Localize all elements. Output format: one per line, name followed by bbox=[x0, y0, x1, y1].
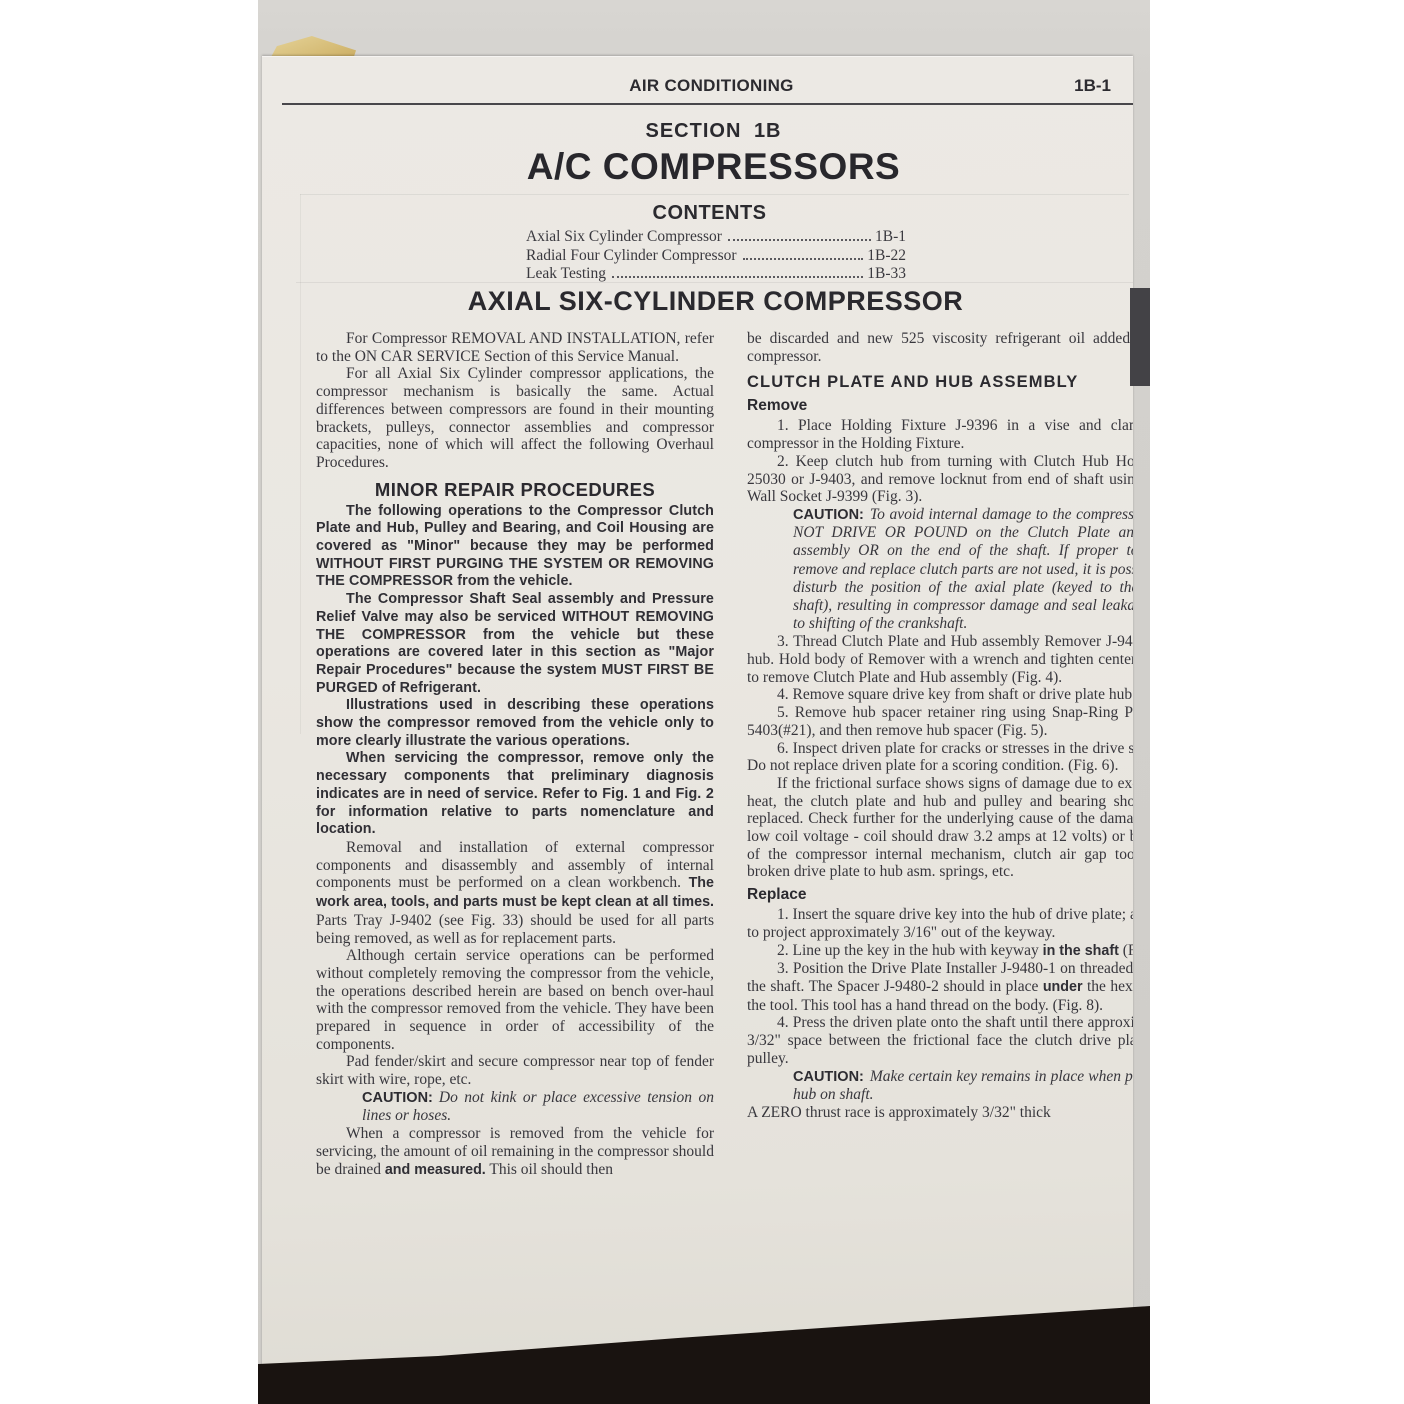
text-run: Illustrations used in describing these o… bbox=[316, 697, 714, 748]
header-rule bbox=[282, 103, 1133, 105]
toc-entry: Leak Testing1B-33 bbox=[526, 265, 906, 284]
running-header: AIR CONDITIONING bbox=[276, 76, 1133, 96]
text-run: 4. Remove square drive key from shaft or… bbox=[777, 686, 1133, 703]
toc-label: Radial Four Cylinder Compressor bbox=[526, 247, 737, 266]
paragraph: Although certain service operations can … bbox=[316, 947, 714, 1053]
text-run: When servicing the compressor, remove on… bbox=[316, 750, 714, 837]
document-photo: AIR CONDITIONING 1B-1 SECTION 1B A/C COM… bbox=[258, 0, 1150, 1404]
paragraph: If the frictional surface shows signs of… bbox=[747, 775, 1133, 881]
caution-note: CAUTION:Make certain key remains in plac… bbox=[793, 1068, 1133, 1104]
toc-page-number: 1B-1 bbox=[875, 228, 906, 247]
right-column: be discarded and new 525 viscosity refri… bbox=[747, 330, 1133, 1122]
caution-note: CAUTION:Do not kink or place excessive t… bbox=[362, 1089, 714, 1125]
text-run: 2. Line up the key in the hub with keywa… bbox=[777, 942, 1043, 959]
left-column: For Compressor REMOVAL AND INSTALLATION,… bbox=[316, 330, 714, 1179]
text-run: 5. Remove hub spacer retainer ring using… bbox=[747, 704, 1133, 739]
text-run: If the frictional surface shows signs of… bbox=[747, 775, 1133, 881]
heading: MINOR REPAIR PROCEDURES bbox=[316, 479, 714, 500]
section-title: A/C COMPRESSORS bbox=[278, 146, 1133, 188]
caution-text: To avoid internal damage to the compress… bbox=[793, 506, 1133, 632]
paragraph: For all Axial Six Cylinder compressor ap… bbox=[316, 365, 714, 471]
text-run: MINOR REPAIR PROCEDURES bbox=[375, 479, 655, 500]
toc-entry: Axial Six Cylinder Compressor1B-1 bbox=[526, 228, 906, 247]
page-number: 1B-1 bbox=[1074, 76, 1111, 96]
text-run: under bbox=[1043, 979, 1083, 995]
text-run: Remove bbox=[747, 397, 807, 414]
paragraph: 4. Press the driven plate onto the shaft… bbox=[747, 1014, 1133, 1067]
contents-heading: CONTENTS bbox=[274, 202, 1133, 225]
text-run: Replace bbox=[747, 886, 806, 903]
subheading: Remove bbox=[747, 396, 1133, 415]
paragraph: When servicing the compressor, remove on… bbox=[316, 750, 714, 839]
toc-label: Leak Testing bbox=[526, 265, 606, 284]
text-run: A ZERO thrust race is approximately 3/32… bbox=[747, 1104, 1051, 1121]
screenshot: AIR CONDITIONING 1B-1 SECTION 1B A/C COM… bbox=[0, 0, 1404, 1404]
scan-artifact-line bbox=[300, 194, 301, 734]
text-run: For Compressor REMOVAL AND INSTALLATION,… bbox=[316, 330, 714, 365]
text-run: CLUTCH PLATE AND HUB ASSEMBLY bbox=[747, 373, 1078, 391]
text-run: This oil should then bbox=[486, 1161, 613, 1178]
toc-label: Axial Six Cylinder Compressor bbox=[526, 228, 722, 247]
text-run: 3. Thread Clutch Plate and Hub assembly … bbox=[747, 633, 1133, 685]
text-run: be discarded and new 525 viscosity refri… bbox=[747, 330, 1133, 365]
text-run: Removal and installation of external com… bbox=[316, 839, 714, 891]
toc-page-number: 1B-33 bbox=[867, 265, 906, 284]
paragraph: 3. Thread Clutch Plate and Hub assembly … bbox=[747, 633, 1133, 686]
text-run: and measured. bbox=[385, 1162, 486, 1178]
text-run: Parts Tray J-9402 (see Fig. 33) should b… bbox=[316, 912, 714, 947]
text-run: 6. Inspect driven plate for cracks or st… bbox=[747, 740, 1133, 775]
text-run: 2. Keep clutch hub from turning with Clu… bbox=[747, 453, 1133, 505]
paragraph: Pad fender/skirt and secure compressor n… bbox=[316, 1053, 714, 1088]
paragraph: 2. Line up the key in the hub with keywa… bbox=[747, 942, 1133, 961]
caution-label: CAUTION: bbox=[793, 1069, 864, 1085]
paragraph: Illustrations used in describing these o… bbox=[316, 697, 714, 750]
caution-note: CAUTION:To avoid internal damage to the … bbox=[793, 506, 1133, 633]
text-run: The Compressor Shaft Seal assembly and P… bbox=[316, 591, 714, 696]
subheading: Replace bbox=[747, 885, 1133, 904]
paragraph: 1. Insert the square drive key into the … bbox=[747, 906, 1133, 941]
toc-dot-leader bbox=[743, 258, 864, 260]
paragraph: 4. Remove square drive key from shaft or… bbox=[747, 686, 1133, 704]
text-run: The following operations to the Compress… bbox=[316, 503, 714, 590]
caution-label: CAUTION: bbox=[793, 507, 864, 523]
paragraph: A ZERO thrust race is approximately 3/32… bbox=[747, 1104, 1133, 1122]
paragraph: 1. Place Holding Fixture J-9396 in a vis… bbox=[747, 417, 1133, 452]
text-run: in the shaft bbox=[1043, 943, 1119, 959]
paragraph: When a compressor is removed from the ve… bbox=[316, 1125, 714, 1179]
scan-artifact-line bbox=[300, 194, 1129, 195]
paragraph: 2. Keep clutch hub from turning with Clu… bbox=[747, 453, 1133, 506]
paragraph: 3. Position the Drive Plate Installer J-… bbox=[747, 960, 1133, 1014]
text-run: Pad fender/skirt and secure compressor n… bbox=[316, 1053, 714, 1088]
contents-list: Axial Six Cylinder Compressor1B-1Radial … bbox=[526, 228, 906, 284]
toc-page-number: 1B-22 bbox=[867, 247, 906, 266]
text-run: 4. Press the driven plate onto the shaft… bbox=[747, 1014, 1133, 1066]
text-run: Although certain service operations can … bbox=[316, 947, 714, 1053]
paragraph: 6. Inspect driven plate for cracks or st… bbox=[747, 740, 1133, 775]
heading: CLUTCH PLATE AND HUB ASSEMBLY bbox=[747, 372, 1133, 392]
paragraph: The following operations to the Compress… bbox=[316, 503, 714, 592]
text-run: 1. Insert the square drive key into the … bbox=[747, 906, 1133, 941]
paragraph: The Compressor Shaft Seal assembly and P… bbox=[316, 591, 714, 697]
text-run: (Fig. 7). bbox=[1119, 942, 1133, 959]
manual-page: AIR CONDITIONING 1B-1 SECTION 1B A/C COM… bbox=[262, 56, 1133, 1368]
toc-dot-leader bbox=[728, 239, 871, 241]
section-label: SECTION 1B bbox=[278, 120, 1133, 143]
paragraph: 5. Remove hub spacer retainer ring using… bbox=[747, 704, 1133, 739]
article-title: AXIAL SIX-CYLINDER COMPRESSOR bbox=[280, 286, 1133, 317]
toc-dot-leader bbox=[612, 276, 863, 278]
caution-label: CAUTION: bbox=[362, 1090, 433, 1106]
text-run: 1. Place Holding Fixture J-9396 in a vis… bbox=[747, 417, 1133, 452]
toc-entry: Radial Four Cylinder Compressor1B-22 bbox=[526, 247, 906, 266]
section-index-tab bbox=[1130, 288, 1150, 386]
paragraph: be discarded and new 525 viscosity refri… bbox=[747, 330, 1133, 365]
paragraph: For Compressor REMOVAL AND INSTALLATION,… bbox=[316, 330, 714, 365]
paragraph: Removal and installation of external com… bbox=[316, 839, 714, 947]
text-run: For all Axial Six Cylinder compressor ap… bbox=[316, 365, 714, 471]
